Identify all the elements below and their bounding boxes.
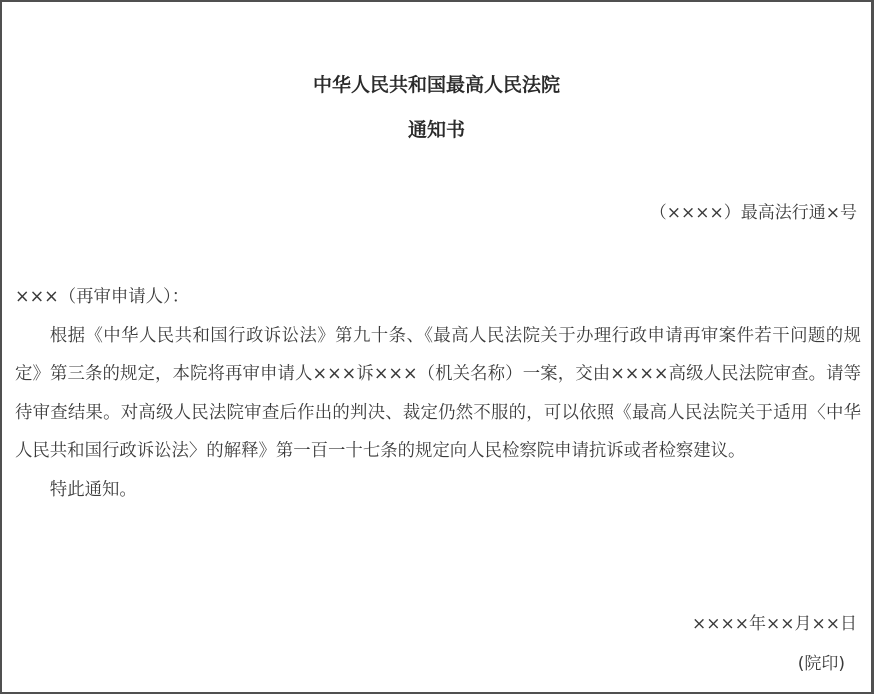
document-subtitle: 通知书 [2,115,871,142]
notice-document: 中华人民共和国最高人民法院 通知书 （××××）最高法行通×号 ×××（再审申请… [0,0,874,694]
issue-date: ××××年××月××日 [692,609,857,634]
salutation: ×××（再审申请人）： [15,278,861,317]
document-body: ×××（再审申请人）： 根据《中华人民共和国行政诉讼法》第九十条、《最高人民法院… [15,278,861,509]
closing-line: 特此通知。 [15,471,861,510]
body-paragraph: 根据《中华人民共和国行政诉讼法》第九十条、《最高人民法院关于办理行政申请再审案件… [15,317,861,471]
court-seal: (院印) [798,649,845,674]
document-title: 中华人民共和国最高人民法院 [2,70,871,97]
reference-number: （××××）最高法行通×号 [650,198,857,223]
